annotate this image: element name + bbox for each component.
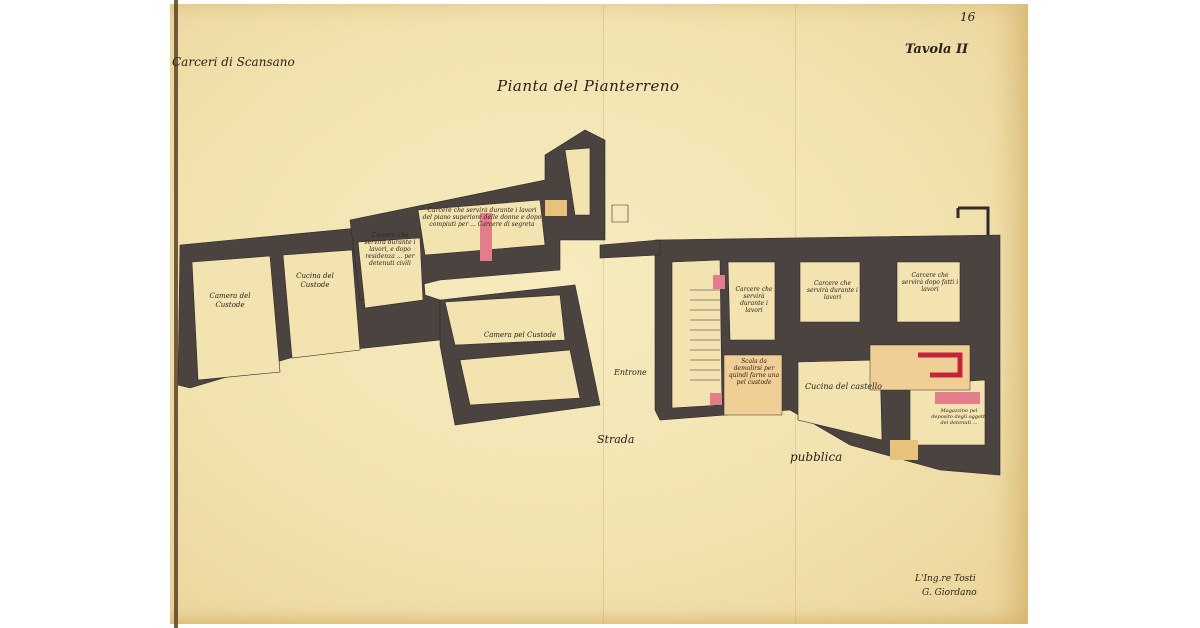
signature-line-1: L'Ing.re Tosti [915, 574, 976, 584]
porta-fill [890, 440, 918, 460]
marker-i-fill [713, 275, 725, 289]
plan-title: Pianta del Pianterreno [497, 77, 680, 95]
room-entrone: Entrone [614, 368, 647, 377]
room-scala: Scala da demolirsi per quindi farne una … [726, 358, 782, 386]
magazzino-fill [545, 200, 567, 216]
room-carcere-2: Carcere che servirà durante i lavori del… [422, 207, 542, 228]
signature-line-2: G. Giordano [922, 588, 977, 598]
page-number: 16 [960, 10, 975, 24]
room-cucina-castello: Cucina del castello [805, 382, 882, 391]
room-carcere-3: Carcere che servirà durante i lavori [732, 286, 776, 314]
street-label-right: pubblica [790, 450, 842, 464]
stair-area-a [870, 345, 970, 390]
header-left: Carceri di Scansano [172, 55, 295, 69]
header-right: Tavola II [905, 42, 968, 57]
room-camera-pel-custode: Camera pel Custode [470, 332, 570, 339]
room-cucina-custode: Cucina del Custode [290, 272, 340, 290]
marker-3-fill [710, 393, 722, 405]
room-carcere-4: Carcere che servirà durante i lavori [805, 280, 860, 301]
street-label-left: Strada [597, 433, 634, 446]
room-magazzino-deposito: Magazzino pel deposito degli oggetti dei… [930, 408, 988, 426]
room-carcere-1: Carcere che servirà durante i lavori, e … [360, 232, 420, 267]
room-camera-custode: Camera del Custode [200, 292, 260, 310]
room-carcere-5: Carcere che servirà dopo fatti i lavori [900, 272, 960, 293]
